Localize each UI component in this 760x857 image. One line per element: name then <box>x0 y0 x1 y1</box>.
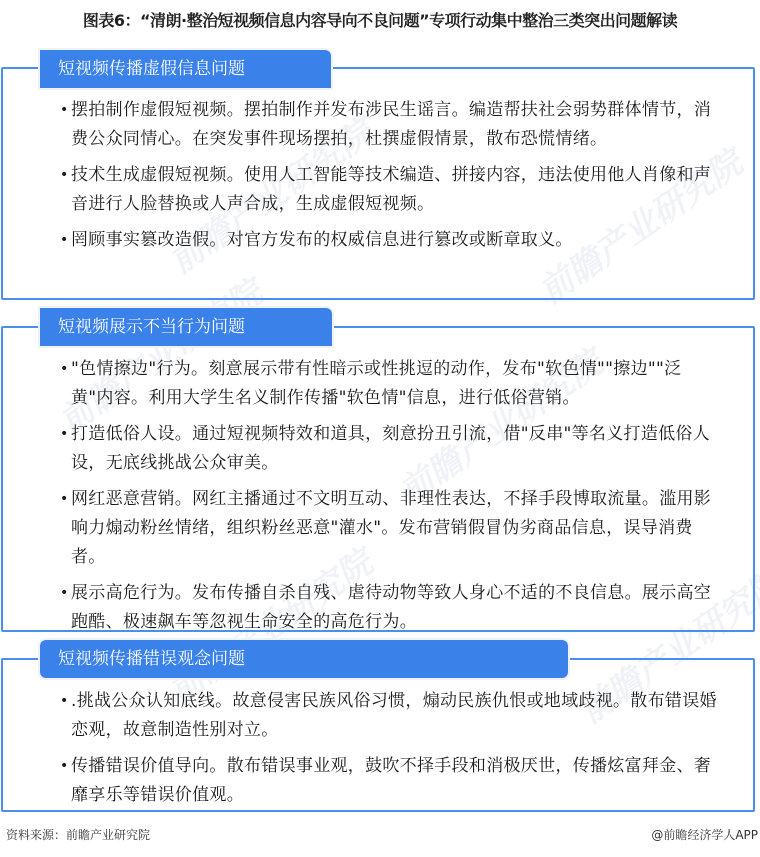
list-item: • .挑战公众认知底线。故意侵害民族风俗习惯，煽动民族仇恨或地域歧视。散布错误婚… <box>60 687 720 745</box>
list-item: • 摆拍制作虚假短视频。摆拍制作并发布涉民生谣言。编造帮扶社会弱势群体情节，消费… <box>60 96 720 154</box>
list-item: • "色情擦边"行为。刻意展示带有性暗示或性挑逗的动作，发布"软色情""擦边""… <box>60 355 720 413</box>
list-item: • 传播错误价值导向。散布错误事业观，鼓吹不择手段和消极厌世，传播炫富拜金、奢靡… <box>60 752 720 810</box>
figure-title: 图表6：“清朗·整治短视频信息内容导向不良问题”专项行动集中整治三类突出问题解读 <box>0 8 760 31</box>
item-text: 罔顾事实篡改造假。对官方发布的权威信息进行篡改或断章取义。 <box>71 230 573 250</box>
section-item-list: • 摆拍制作虚假短视频。摆拍制作并发布涉民生谣言。编造帮扶社会弱势群体情节，消费… <box>60 96 720 262</box>
item-text: 展示高危行为。发布传播自杀自残、虐待动物等致人身心不适的不良信息。展示高空跑酷、… <box>71 583 711 632</box>
bullet-icon: • <box>60 752 69 781</box>
list-item: • 技术生成虚假短视频。使用人工智能等技术编造、拼接内容，违法使用他人肖像和声音… <box>60 161 720 219</box>
section-heading: 短视频传播错误观念问题 <box>40 640 568 678</box>
bullet-icon: • <box>60 579 69 608</box>
bullet-icon: • <box>60 355 69 384</box>
item-text: .挑战公众认知底线。故意侵害民族风俗习惯，煽动民族仇恨或地域歧视。散布错误婚恋观… <box>71 691 717 740</box>
list-item: • 网红恶意营销。网红主播通过不文明互动、非理性表达，不择手段博取流量。滥用影响… <box>60 485 720 572</box>
bullet-icon: • <box>60 226 69 255</box>
section-item-list: • "色情擦边"行为。刻意展示带有性暗示或性挑逗的动作，发布"软色情""擦边""… <box>60 355 720 644</box>
bullet-icon: • <box>60 161 69 190</box>
list-item: • 展示高危行为。发布传播自杀自残、虐待动物等致人身心不适的不良信息。展示高空跑… <box>60 579 720 637</box>
item-text: 传播错误价值导向。散布错误事业观，鼓吹不择手段和消极厌世，传播炫富拜金、奢靡享乐… <box>71 756 711 805</box>
bullet-icon: • <box>60 96 69 125</box>
bullet-icon: • <box>60 485 69 514</box>
list-item: • 罔顾事实篡改造假。对官方发布的权威信息进行篡改或断章取义。 <box>60 226 720 255</box>
section-heading: 短视频展示不当行为问题 <box>40 308 332 346</box>
item-text: 打造低俗人设。通过短视频特效和道具，刻意扮丑引流，借"反串"等名义打造低俗人设，… <box>71 424 710 473</box>
item-text: "色情擦边"行为。刻意展示带有性暗示或性挑逗的动作，发布"软色情""擦边""泛黄… <box>71 359 681 408</box>
bullet-icon: • <box>60 687 69 716</box>
source-note: 资料来源：前瞻产业研究院 <box>6 826 150 843</box>
item-text: 网红恶意营销。网红主播通过不文明互动、非理性表达，不择手段博取流量。滥用影响力煽… <box>71 489 711 567</box>
bullet-icon: • <box>60 420 69 449</box>
list-item: • 打造低俗人设。通过短视频特效和道具，刻意扮丑引流，借"反串"等名义打造低俗人… <box>60 420 720 478</box>
section-heading: 短视频传播虚假信息问题 <box>40 50 331 88</box>
section-item-list: • .挑战公众认知底线。故意侵害民族风俗习惯，煽动民族仇恨或地域歧视。散布错误婚… <box>60 687 720 817</box>
item-text: 摆拍制作虚假短视频。摆拍制作并发布涉民生谣言。编造帮扶社会弱势群体情节，消费公众… <box>71 100 711 149</box>
credit-note: @前瞻经济学人APP <box>651 826 758 843</box>
item-text: 技术生成虚假短视频。使用人工智能等技术编造、拼接内容，违法使用他人肖像和声音进行… <box>71 165 711 214</box>
